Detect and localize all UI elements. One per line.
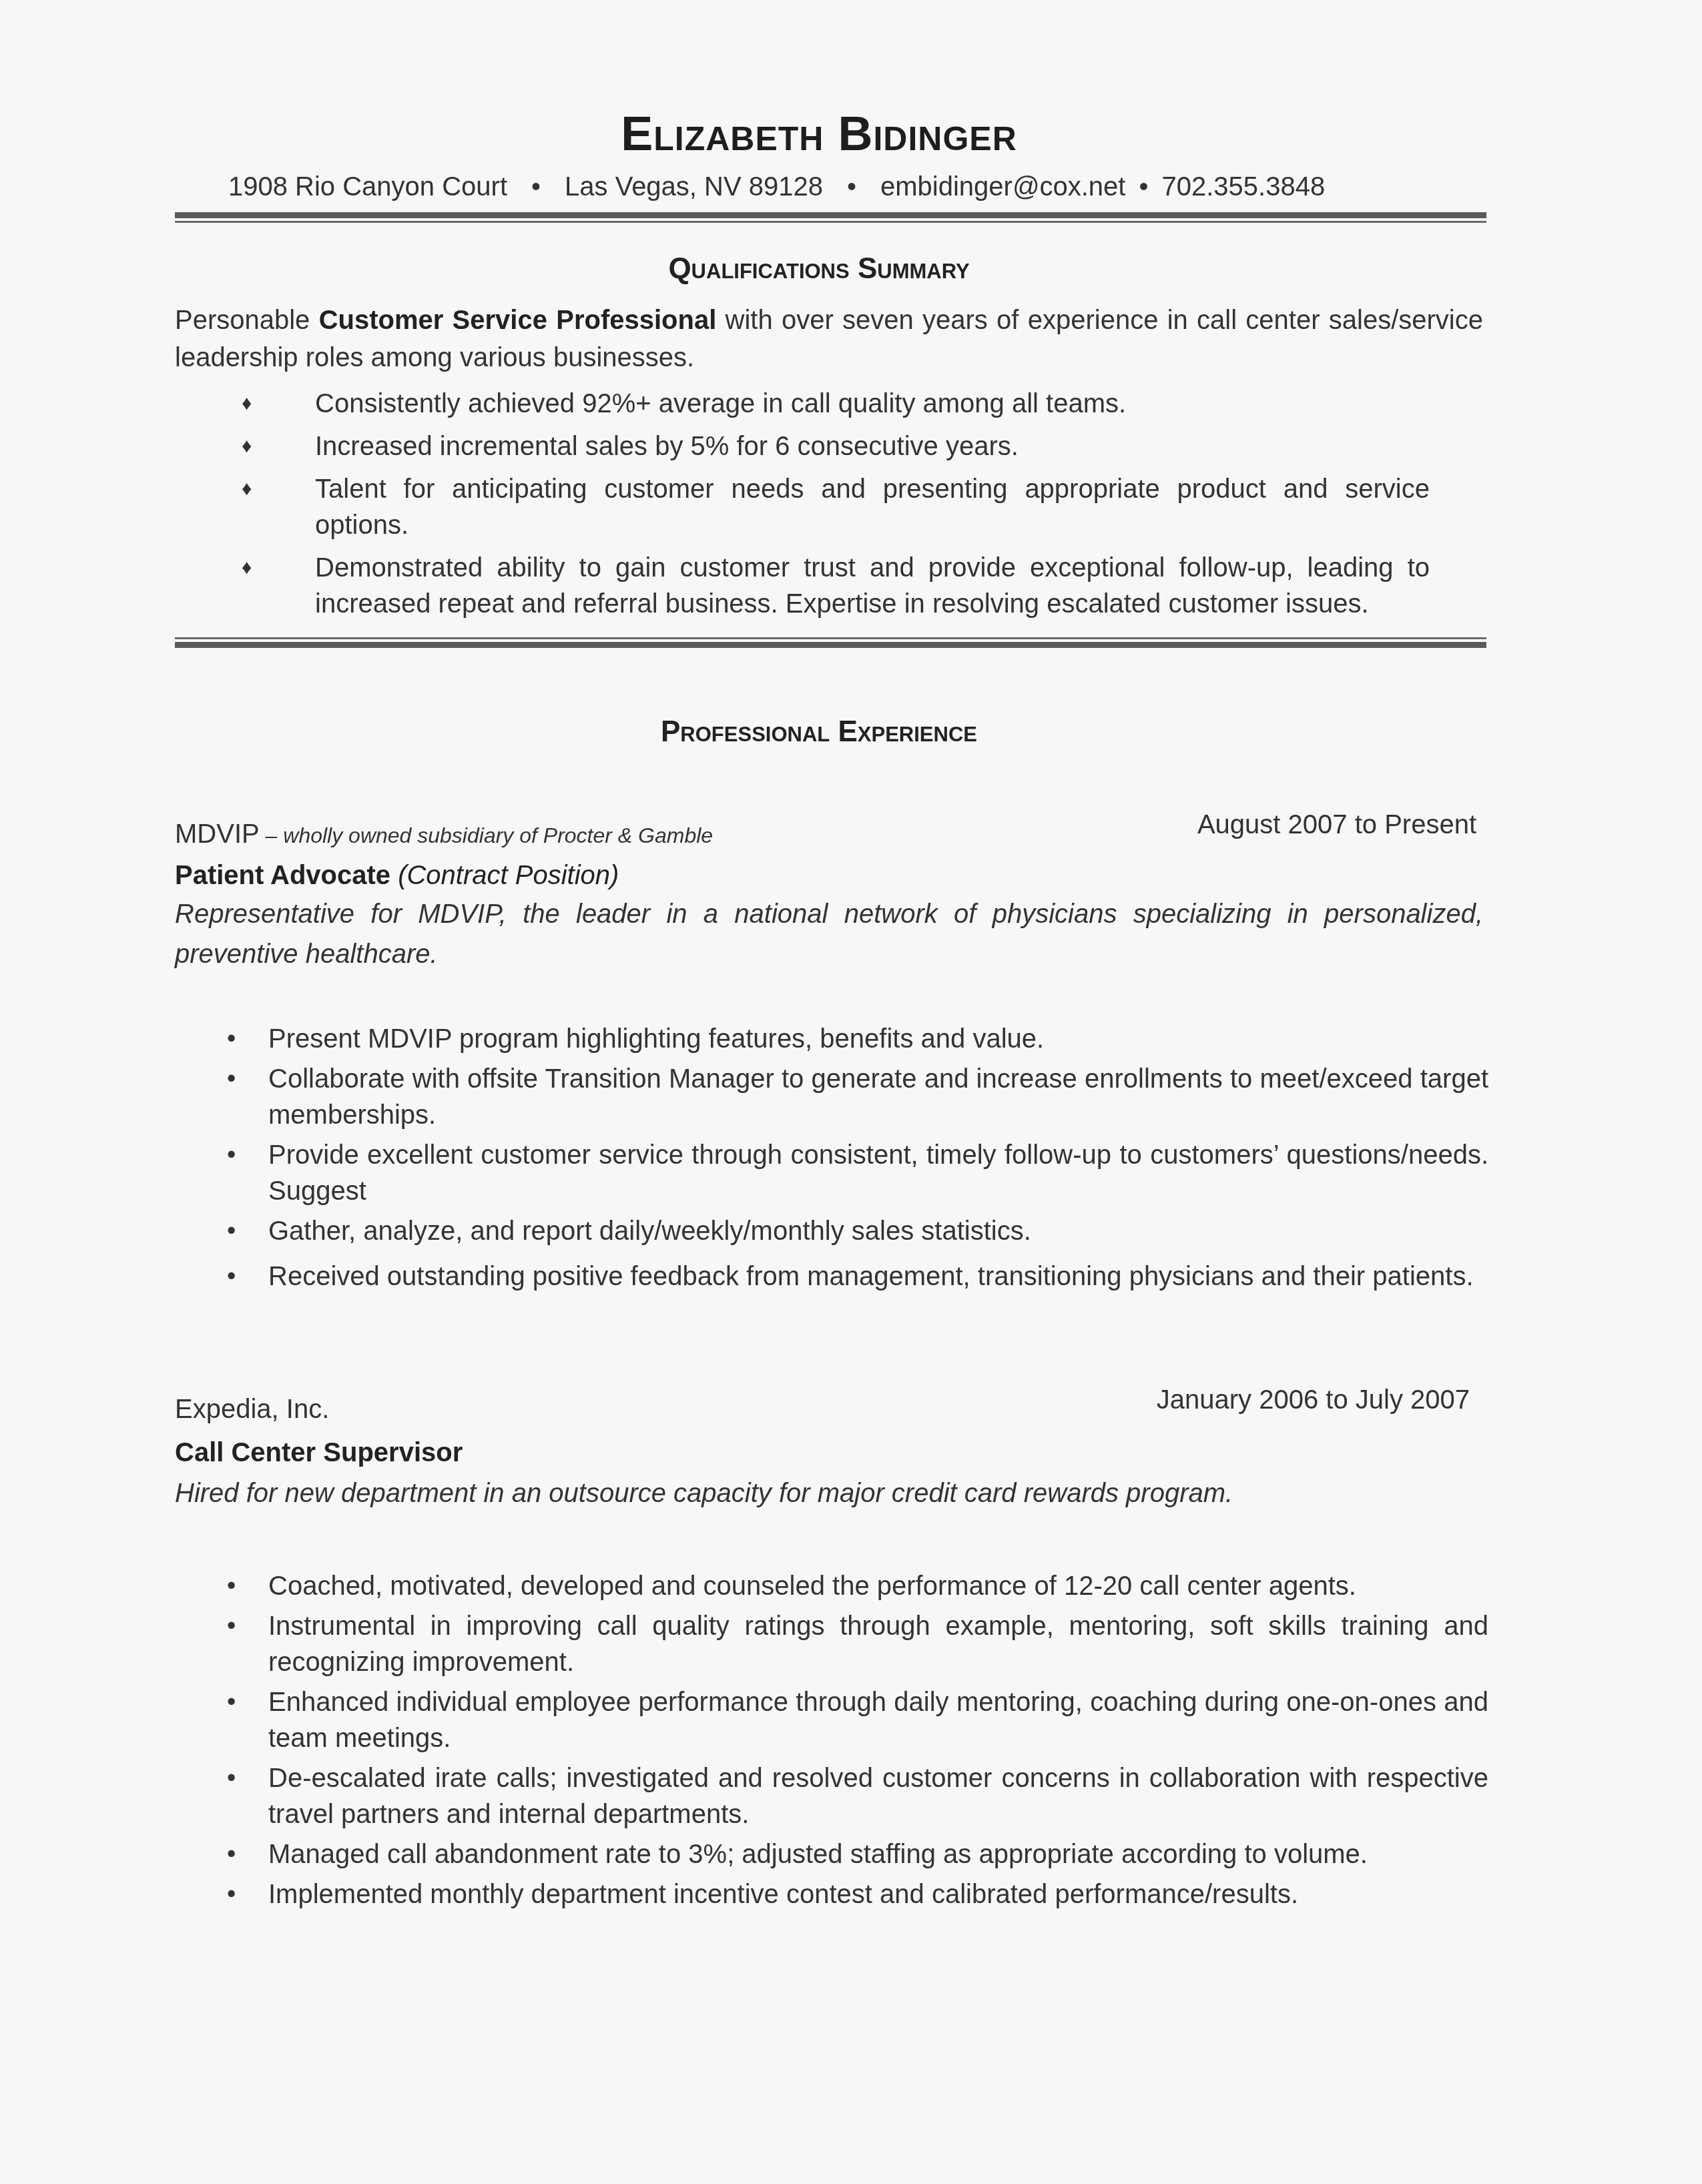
qualifications-list: ♦Consistently achieved 92%+ average in c… — [242, 386, 1430, 629]
job-bullets: •Coached, motivated, developed and couns… — [227, 1568, 1488, 1916]
list-item: •Managed call abandonment rate to 3%; ad… — [227, 1836, 1488, 1872]
list-item: •Collaborate with offsite Transition Man… — [227, 1061, 1488, 1133]
bullet-icon: • — [227, 1021, 236, 1057]
list-item: ♦Consistently achieved 92%+ average in c… — [242, 386, 1430, 422]
bullet-icon: • — [227, 1137, 236, 1173]
job-bullets: •Present MDVIP program highlighting feat… — [227, 1021, 1488, 1299]
job-description: Representative for MDVIP, the leader in … — [175, 894, 1483, 974]
bullet-icon: • — [227, 1684, 236, 1720]
qualifications-heading: Qualifications Summary — [175, 252, 1463, 286]
list-item: •Present MDVIP program highlighting feat… — [227, 1021, 1488, 1057]
divider-rule — [175, 637, 1486, 648]
bullet-icon: • — [227, 1213, 236, 1249]
list-item: •Enhanced individual employee performanc… — [227, 1684, 1488, 1756]
bullet-separator-icon: • — [847, 172, 856, 202]
job-dates: August 2007 to Present — [1197, 810, 1476, 840]
candidate-name: Elizabeth Bidinger — [175, 107, 1463, 161]
qualifications-intro: Personable Customer Service Professional… — [175, 302, 1483, 376]
list-item: ♦Demonstrated ability to gain customer t… — [242, 550, 1430, 622]
bullet-icon: • — [227, 1608, 236, 1644]
company-note: – wholly owned subsidiary of Procter & G… — [260, 823, 713, 847]
diamond-bullet-icon: ♦ — [242, 471, 252, 507]
experience-heading: Professional Experience — [175, 715, 1463, 749]
contact-line: 1908 Rio Canyon Court • Las Vegas, NV 89… — [228, 172, 1463, 202]
bullet-separator-icon: • — [531, 172, 541, 202]
diamond-bullet-icon: ♦ — [242, 550, 252, 586]
list-item: •Instrumental in improving call quality … — [227, 1608, 1488, 1680]
divider-rule — [175, 212, 1486, 223]
list-item: •Coached, motivated, developed and couns… — [227, 1568, 1488, 1604]
list-item: •Gather, analyze, and report daily/weekl… — [227, 1213, 1488, 1249]
diamond-bullet-icon: ♦ — [242, 386, 252, 422]
bullet-icon: • — [227, 1760, 236, 1796]
bullet-separator-icon: • — [1139, 172, 1148, 202]
job-header: Expedia, Inc. January 2006 to July 2007 — [175, 1395, 1476, 1425]
job-description: Hired for new department in an outsource… — [175, 1473, 1483, 1513]
bullet-icon: • — [227, 1258, 236, 1295]
bullet-icon: • — [227, 1568, 236, 1604]
list-item: ♦Talent for anticipating customer needs … — [242, 471, 1430, 543]
bullet-icon: • — [227, 1876, 236, 1912]
phone: 702.355.3848 — [1162, 172, 1326, 202]
job-title: Call Center Supervisor — [175, 1438, 463, 1468]
bullet-icon: • — [227, 1061, 236, 1097]
job-header: MDVIP – wholly owned subsidiary of Proct… — [175, 819, 1476, 849]
bullet-icon: • — [227, 1836, 236, 1872]
city-state-zip: Las Vegas, NV 89128 — [565, 172, 823, 202]
email: embidinger@cox.net — [880, 172, 1125, 202]
list-item: •Implemented monthly department incentiv… — [227, 1876, 1488, 1912]
list-item: •Provide excellent customer service thro… — [227, 1137, 1488, 1209]
company-name: MDVIP — [175, 819, 260, 849]
list-item: •De-escalated irate calls; investigated … — [227, 1760, 1488, 1832]
job-dates: January 2006 to July 2007 — [1157, 1385, 1470, 1415]
list-item: •Received outstanding positive feedback … — [227, 1258, 1488, 1295]
address: 1908 Rio Canyon Court — [228, 172, 507, 202]
company-name: Expedia, Inc. — [175, 1395, 329, 1424]
diamond-bullet-icon: ♦ — [242, 428, 252, 464]
job-title: Patient Advocate (Contract Position) — [175, 861, 619, 891]
list-item: ♦Increased incremental sales by 5% for 6… — [242, 428, 1430, 464]
